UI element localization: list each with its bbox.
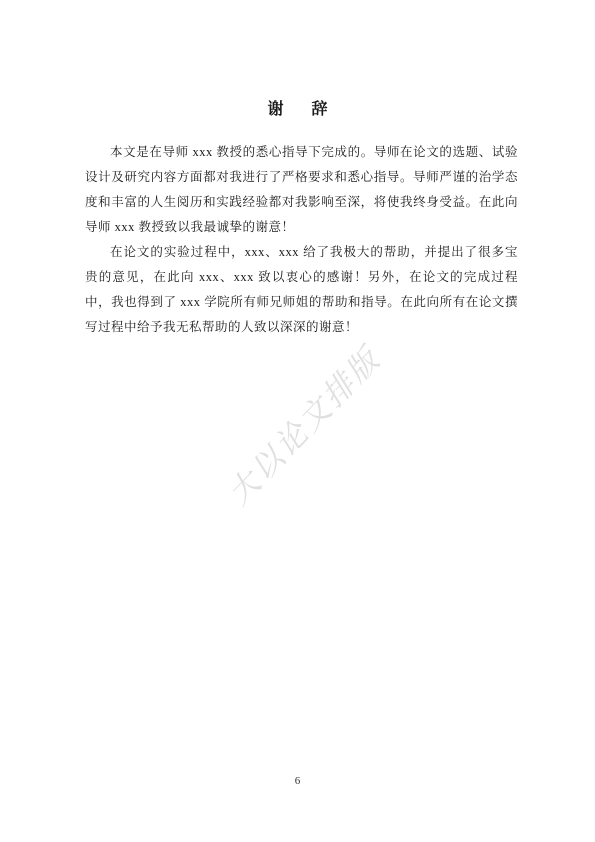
title-char-left: 谢 [267, 101, 283, 118]
page-number: 6 [0, 774, 595, 788]
page-title: 谢辞 [0, 100, 595, 120]
title-char-right: 辞 [312, 101, 328, 118]
diagonal-watermark: 大以论文排版 [215, 335, 389, 513]
acknowledgement-paragraph-2: 在论文的实验过程中，xxx、xxx 给了我极大的帮助，并提出了很多宝贵的意见，在… [85, 240, 518, 340]
document-page: 大以论文排版 谢辞 本文是在导师 xxx 教授的悉心指导下完成的。导师在论文的选… [0, 0, 595, 842]
body-text-block: 本文是在导师 xxx 教授的悉心指导下完成的。导师在论文的选题、试验设计及研究内… [85, 140, 518, 340]
acknowledgement-paragraph-1: 本文是在导师 xxx 教授的悉心指导下完成的。导师在论文的选题、试验设计及研究内… [85, 140, 518, 240]
